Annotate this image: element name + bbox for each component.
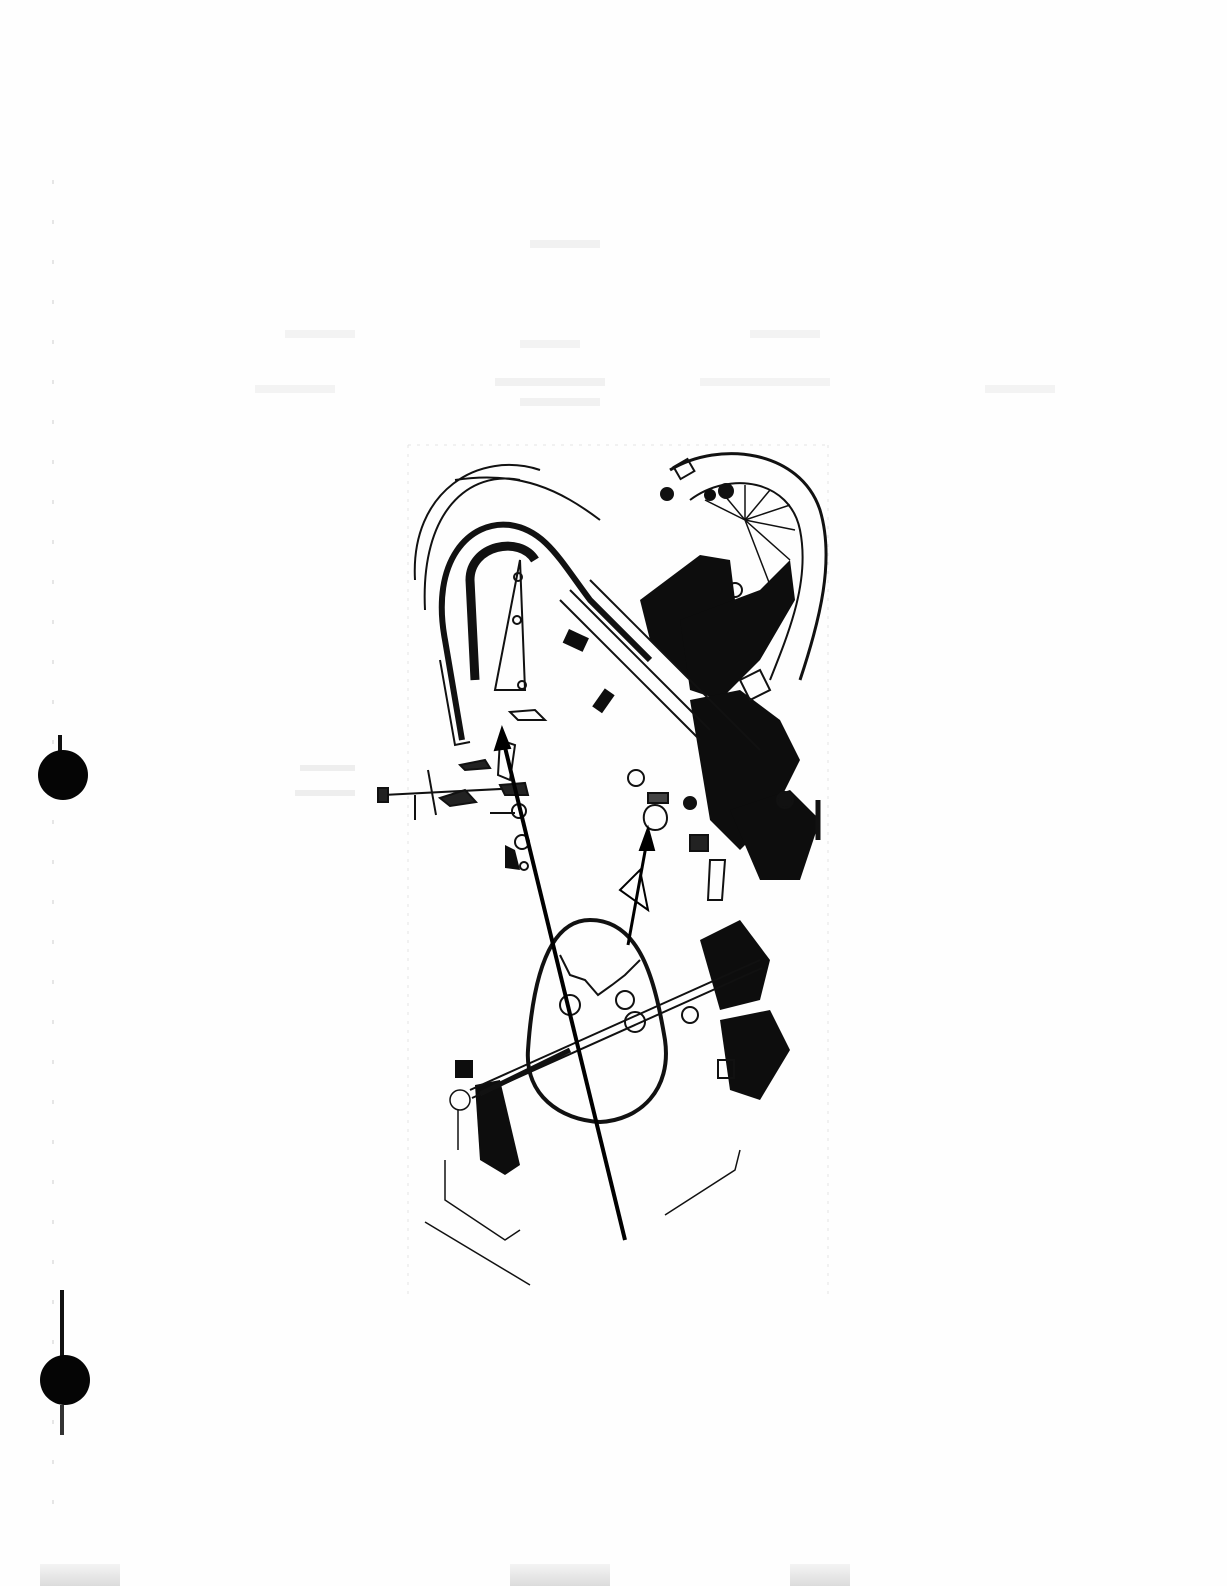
center-egg-track	[528, 920, 666, 1122]
binder-hole-upper	[38, 750, 88, 800]
scan-smudge	[790, 1564, 850, 1586]
scan-smudge	[40, 1564, 120, 1586]
scan-smudge	[510, 1564, 610, 1586]
scanned-page	[0, 0, 1227, 1586]
playfield-drawing	[0, 0, 1227, 1586]
binder-tab-mark-lower-tail	[60, 1405, 64, 1435]
binder-hole-lower	[40, 1355, 90, 1405]
